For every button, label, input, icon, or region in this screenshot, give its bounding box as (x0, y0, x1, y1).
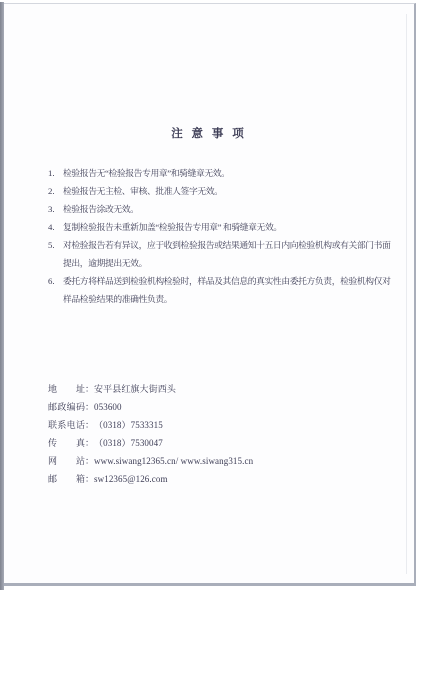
contact-row-website: 网站：www.siwang12365.cn/ www.siwang315.cn (48, 452, 398, 470)
notice-text: 对检验报告若有异议，应于收到检验报告或结果通知十五日内向检验机构或有关部门书面提… (63, 236, 398, 272)
contact-separator: ： (85, 380, 94, 398)
contact-separator: ： (85, 434, 94, 452)
contact-row-address: 地址：安平县红旗大街西头 (48, 380, 398, 398)
contact-value: （0318）7530047 (94, 438, 163, 448)
contact-label: 传真 (48, 434, 85, 452)
contact-info: 地址：安平县红旗大街西头 邮政编码：053600 联系电话：（0318）7533… (48, 380, 398, 488)
notice-text: 检验报告无“检验报告专用章”和骑缝章无效。 (63, 164, 398, 182)
contact-value: sw12365@126.com (94, 474, 168, 484)
document-page: 注 意 事 项 1. 检验报告无“检验报告专用章”和骑缝章无效。 2. 检验报告… (4, 3, 416, 586)
notice-number: 1. (48, 164, 63, 182)
page-title: 注 意 事 项 (4, 125, 414, 141)
notice-text: 复制检验报告未重新加盖“检验报告专用章” 和骑缝章无效。 (63, 218, 398, 236)
contact-separator: ： (85, 470, 94, 488)
contact-value: 053600 (94, 402, 122, 412)
contact-separator: ： (85, 452, 94, 470)
contact-label: 网站 (48, 452, 85, 470)
notice-number: 3. (48, 200, 63, 218)
contact-label: 联系电话 (48, 416, 85, 434)
contact-row-fax: 传真：（0318）7530047 (48, 434, 398, 452)
notice-list: 1. 检验报告无“检验报告专用章”和骑缝章无效。 2. 检验报告无主检、审核、批… (48, 164, 398, 308)
notice-number: 4. (48, 218, 63, 236)
contact-label: 邮箱 (48, 470, 85, 488)
contact-separator: ： (85, 398, 94, 416)
notice-item: 2. 检验报告无主检、审核、批准人签字无效。 (48, 182, 398, 200)
contact-separator: ： (85, 416, 94, 434)
contact-value: 安平县红旗大街西头 (94, 384, 176, 394)
contact-label: 地址 (48, 380, 85, 398)
notice-item: 6. 委托方将样品送到检验机构检验时，样品及其信息的真实性由委托方负责，检验机构… (48, 272, 398, 308)
notice-item: 4. 复制检验报告未重新加盖“检验报告专用章” 和骑缝章无效。 (48, 218, 398, 236)
notice-text: 检验报告无主检、审核、批准人签字无效。 (63, 182, 398, 200)
notice-text: 检验报告涂改无效。 (63, 200, 398, 218)
notice-number: 2. (48, 182, 63, 200)
contact-label: 邮政编码 (48, 398, 85, 416)
notice-item: 5. 对检验报告若有异议，应于收到检验报告或结果通知十五日内向检验机构或有关部门… (48, 236, 398, 272)
contact-row-phone: 联系电话：（0318）7533315 (48, 416, 398, 434)
notice-number: 5. (48, 236, 63, 272)
notice-text: 委托方将样品送到检验机构检验时，样品及其信息的真实性由委托方负责，检验机构仅对样… (63, 272, 398, 308)
contact-value: www.siwang12365.cn/ www.siwang315.cn (94, 456, 253, 466)
page-curl-line (406, 14, 407, 574)
notice-item: 1. 检验报告无“检验报告专用章”和骑缝章无效。 (48, 164, 398, 182)
notice-item: 3. 检验报告涂改无效。 (48, 200, 398, 218)
contact-row-email: 邮箱：sw12365@126.com (48, 470, 398, 488)
notice-number: 6. (48, 272, 63, 308)
contact-value: （0318）7533315 (94, 420, 163, 430)
contact-row-postcode: 邮政编码：053600 (48, 398, 398, 416)
